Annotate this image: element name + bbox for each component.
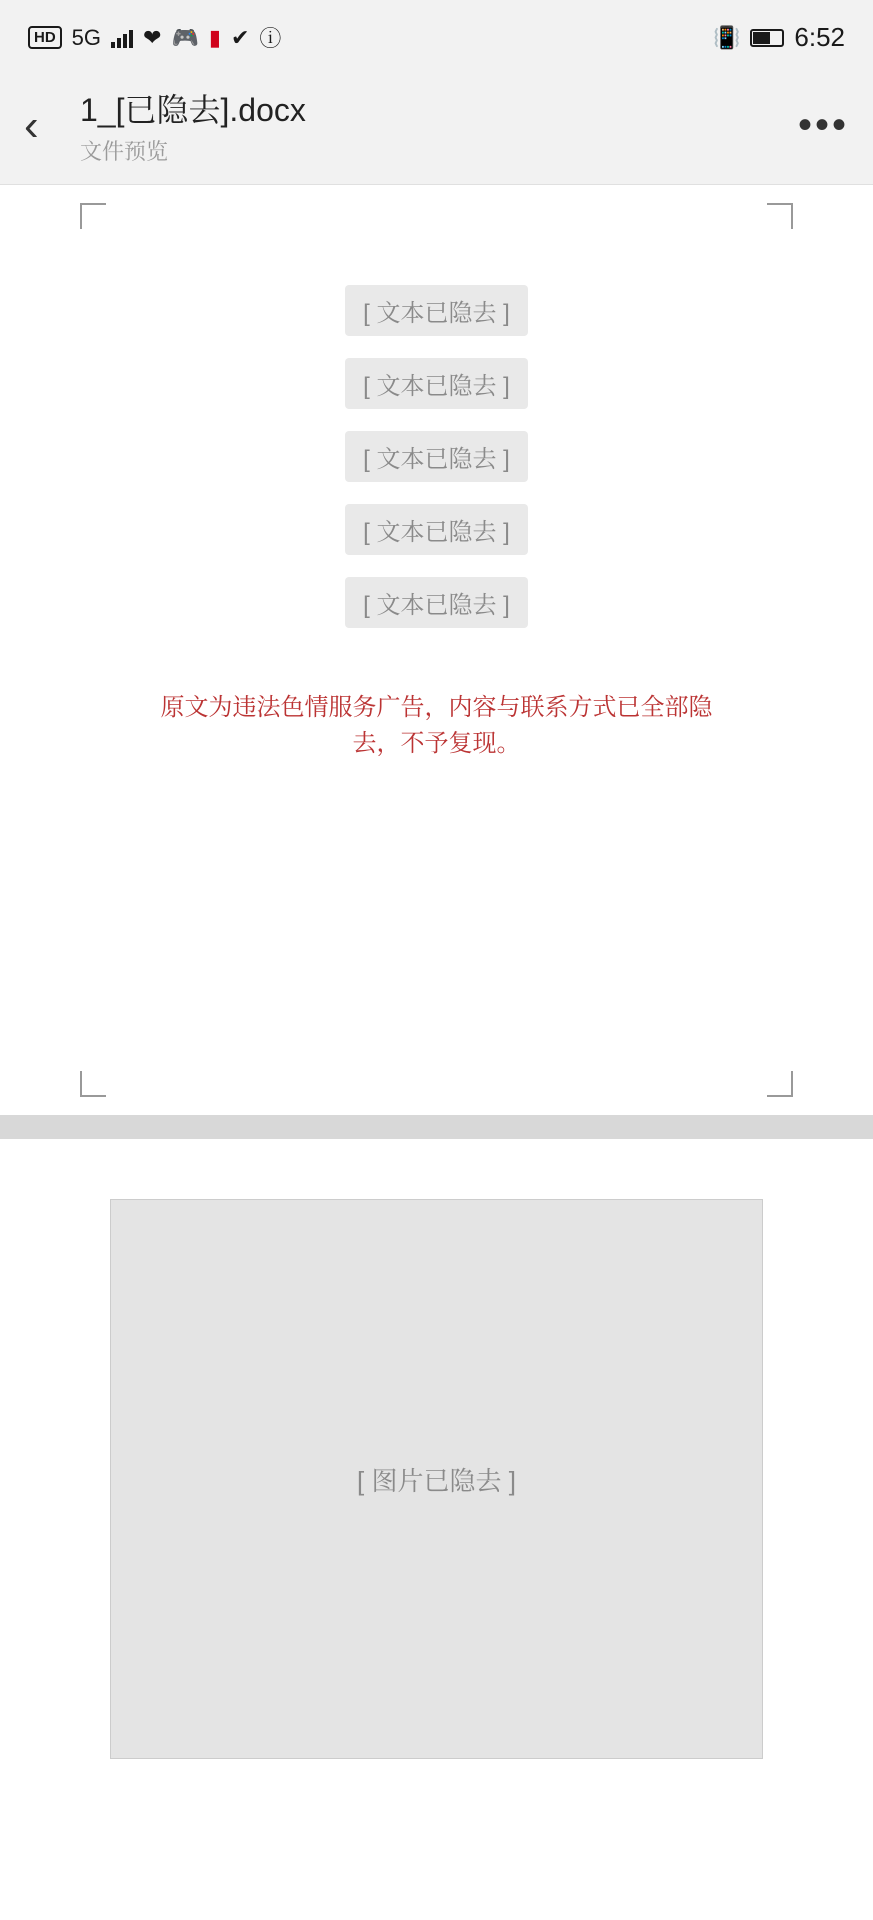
redacted-line: [ 文本已隐去 ] (345, 577, 528, 628)
clock-label: 6:52 (794, 22, 845, 53)
document-viewer[interactable]: [ 文本已隐去 ] [ 文本已隐去 ] [ 文本已隐去 ] [ 文本已隐去 ] … (0, 185, 873, 1920)
document-title: 1_[已隐去].docx (80, 85, 798, 131)
document-page-1: [ 文本已隐去 ] [ 文本已隐去 ] [ 文本已隐去 ] [ 文本已隐去 ] … (0, 185, 873, 1115)
document-page-2: [ 图片已隐去 ] (0, 1139, 873, 1819)
preview-subtitle: 文件预览 (80, 135, 798, 166)
redacted-content: [ 文本已隐去 ] [ 文本已隐去 ] [ 文本已隐去 ] [ 文本已隐去 ] … (90, 285, 783, 762)
info-icon: ⓘ (259, 22, 281, 53)
page-divider (0, 1115, 873, 1139)
status-right: 📳 6:52 (713, 22, 845, 53)
more-menu-button[interactable]: ••• (798, 103, 849, 148)
hd-badge: HD (28, 26, 62, 49)
back-button[interactable]: ‹ (24, 101, 80, 151)
battery-icon (750, 29, 784, 47)
redaction-notice: 原文为违法色情服务广告，内容与联系方式已全部隐去，不予复现。 (157, 690, 717, 762)
shield-check-icon: ✔ (231, 25, 249, 51)
page-corner-mark (80, 203, 106, 229)
vibrate-icon: 📳 (713, 25, 740, 51)
signal-bars-icon (111, 28, 133, 48)
nav-header: ‹ 1_[已隐去].docx 文件预览 ••• (0, 75, 873, 185)
heart-icon: ❤ (143, 25, 161, 51)
controller-icon: 🎮 (171, 25, 198, 51)
redacted-line: [ 文本已隐去 ] (345, 285, 528, 336)
page-corner-mark (767, 203, 793, 229)
redacted-line: [ 文本已隐去 ] (345, 431, 528, 482)
status-bar: HD 5G ❤ 🎮 ▮ ✔ ⓘ 📳 6:52 (0, 0, 873, 75)
network-type-label: 5G (72, 25, 101, 51)
page-corner-mark (80, 1071, 106, 1097)
app-screen: HD 5G ❤ 🎮 ▮ ✔ ⓘ 📳 6:52 ‹ 1_[已隐去].docx 文件… (0, 0, 873, 1920)
photo-placeholder: [ 图片已隐去 ] (110, 1199, 763, 1759)
book-icon: ▮ (209, 25, 221, 51)
page-corner-mark (767, 1071, 793, 1097)
status-left: HD 5G ❤ 🎮 ▮ ✔ ⓘ (28, 22, 281, 53)
title-block: 1_[已隐去].docx 文件预览 (80, 85, 798, 166)
redacted-line: [ 文本已隐去 ] (345, 504, 528, 555)
redacted-line: [ 文本已隐去 ] (345, 358, 528, 409)
